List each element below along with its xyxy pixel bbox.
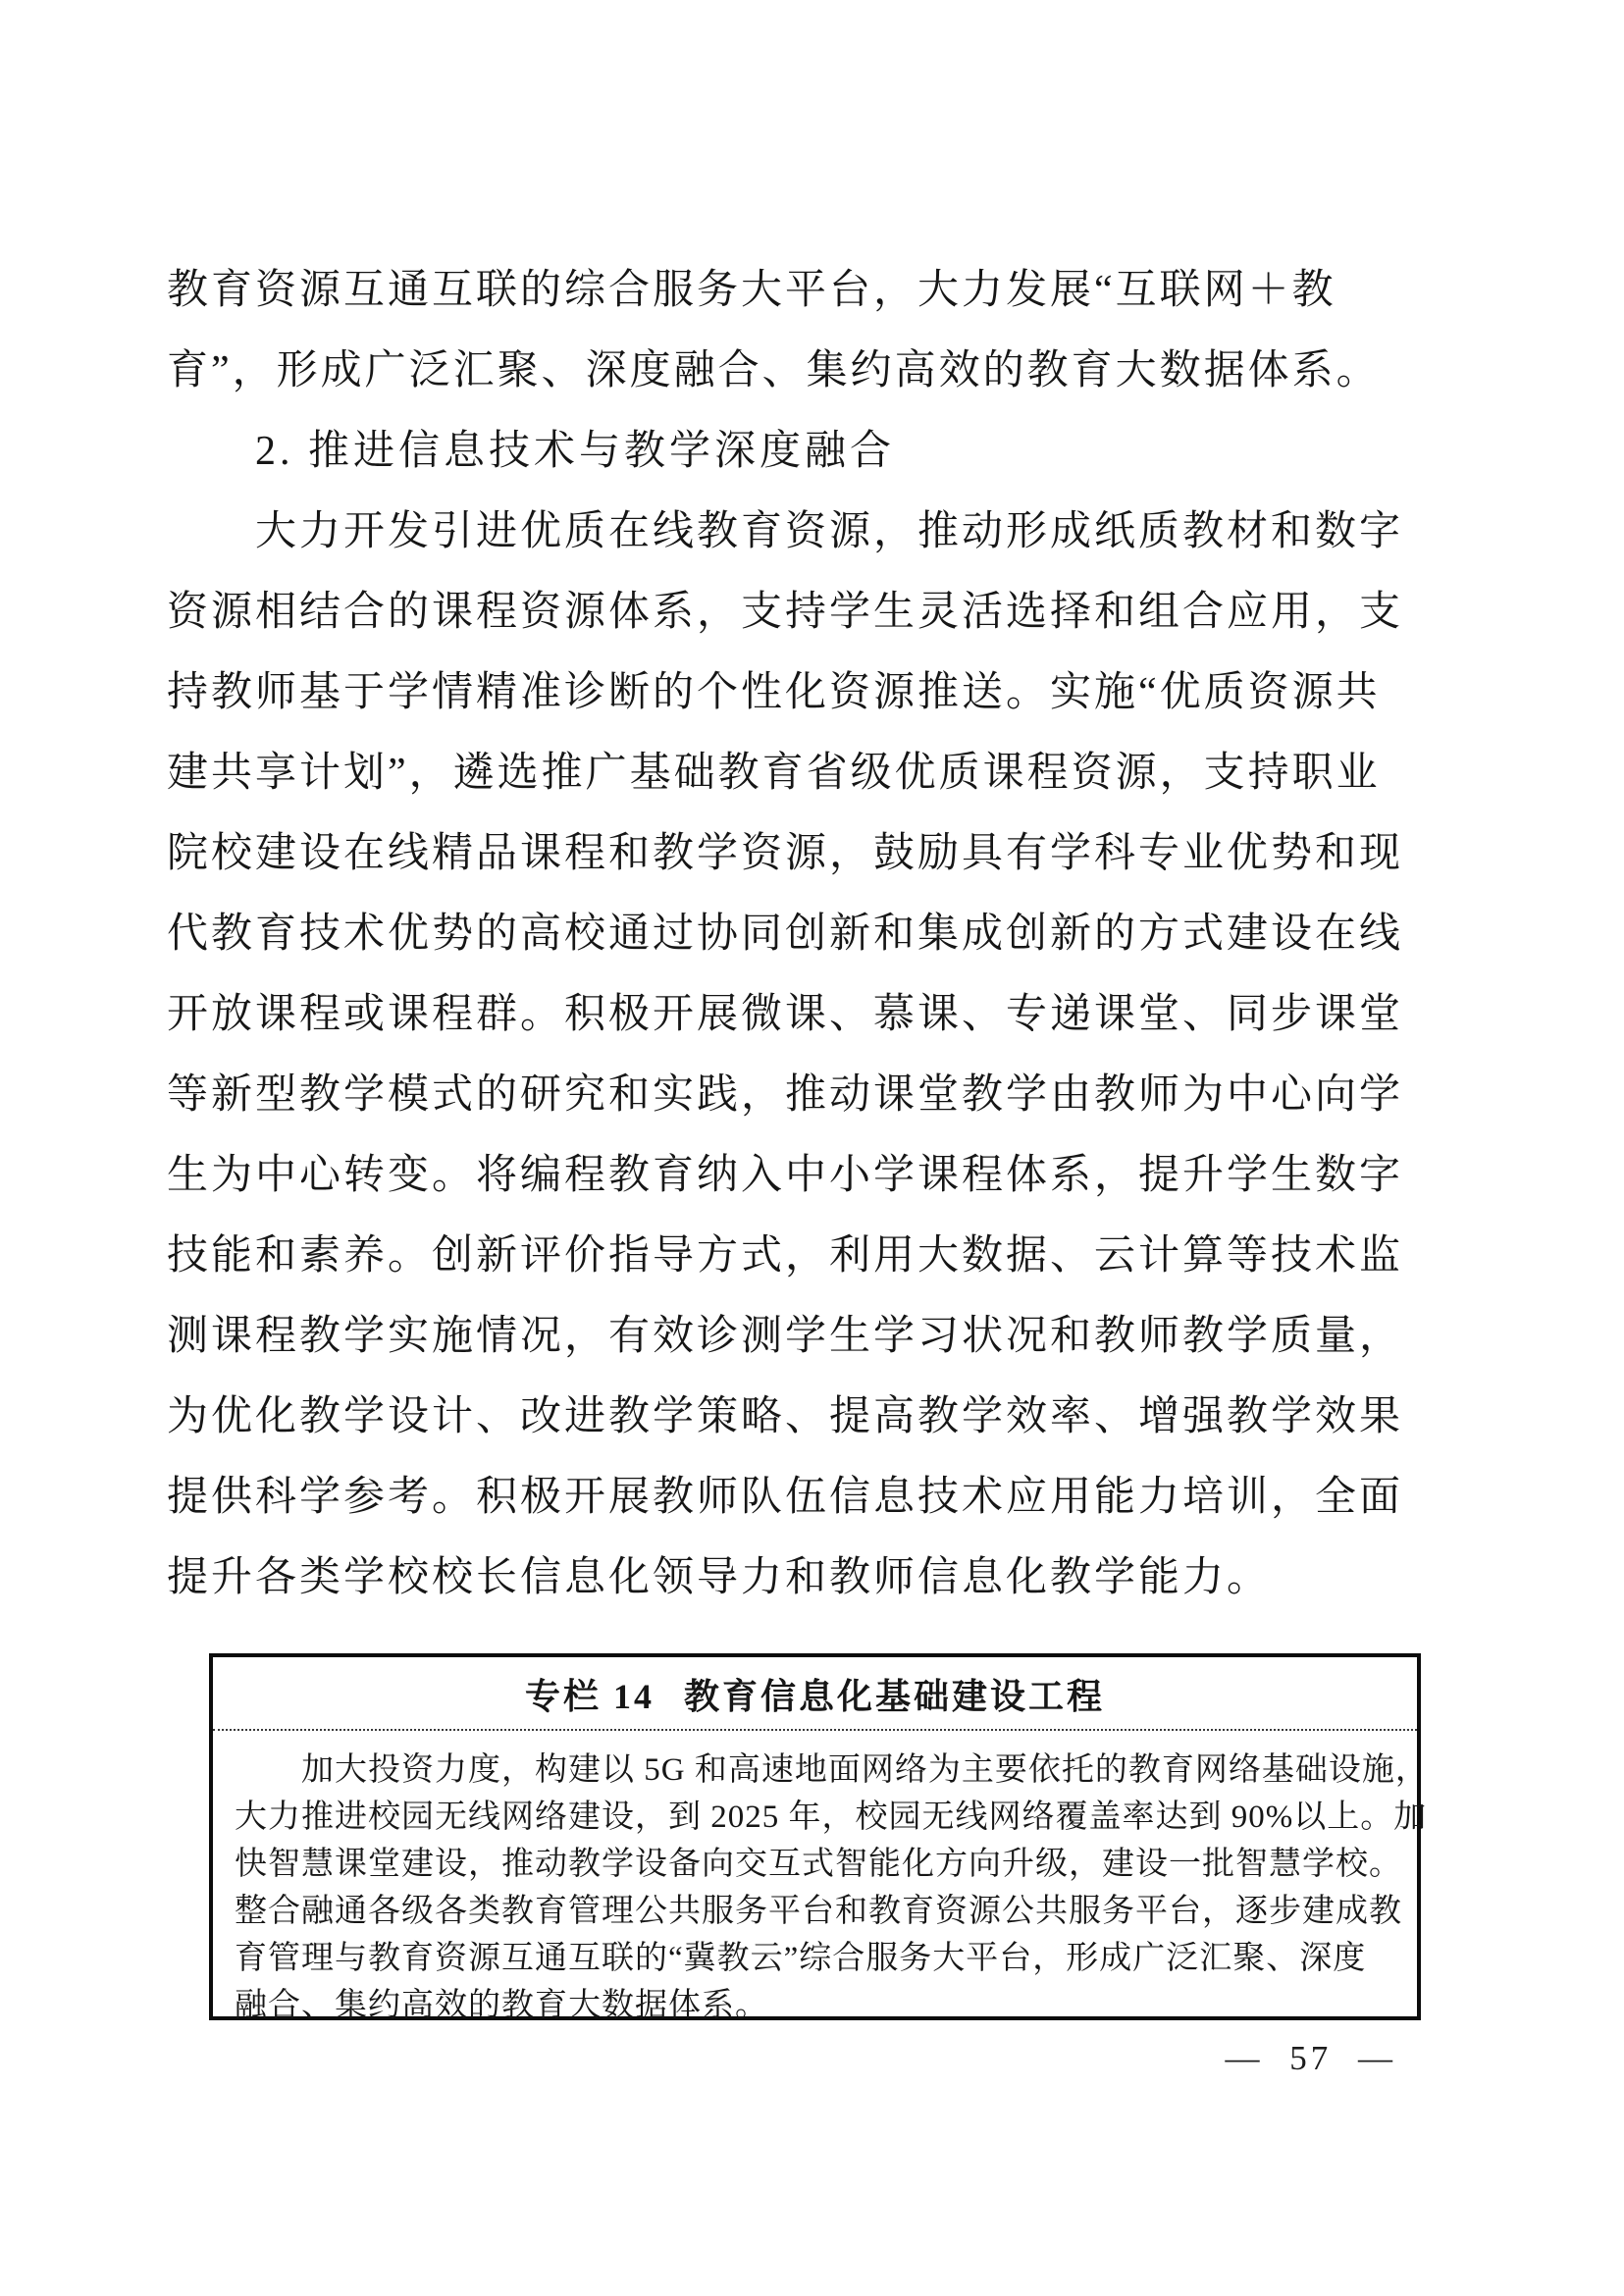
body-text-line: 2. 推进信息技术与教学深度融合 [167,411,1433,492]
callout-box-body: 加大投资力度，构建以 5G 和高速地面网络为主要依托的教育网络基础设施， 大力推… [213,1731,1417,2029]
body-text-line: 等新型教学模式的研究和实践，推动课堂教学由教师为中心向学 [167,1055,1433,1135]
body-text-line: 大力开发引进优质在线教育资源，推动形成纸质教材和数字 [167,492,1433,572]
callout-text-line: 大力推进校园无线网络建设，到 2025 年，校园无线网络覆盖率达到 90%以上。… [235,1794,1395,1841]
callout-text-line: 融合、集约高效的教育大数据体系。 [235,1982,1395,2029]
body-text-line: 育”，形成广泛汇聚、深度融合、集约高效的教育大数据体系。 [167,331,1433,411]
main-text-block: 教育资源互通互联的综合服务大平台，大力发展“互联网＋教 育”，形成广泛汇聚、深度… [167,250,1433,1618]
callout-box-label: 专栏 14 [525,1669,655,1719]
body-text-line: 提升各类学校校长信息化领导力和教师信息化教学能力。 [167,1538,1433,1618]
body-text-line: 教育资源互通互联的综合服务大平台，大力发展“互联网＋教 [167,250,1433,331]
callout-box-title: 教育信息化基础建设工程 [684,1669,1105,1719]
body-text-line: 开放课程或课程群。积极开展微课、慕课、专递课堂、同步课堂 [167,974,1433,1055]
body-text-line: 生为中心转变。将编程教育纳入中小学课程体系，提升学生数字 [167,1135,1433,1216]
body-text-line: 院校建设在线精品课程和教学资源，鼓励具有学科专业优势和现 [167,813,1433,894]
body-text-line: 测课程教学实施情况，有效诊测学生学习状况和教师教学质量， [167,1296,1433,1377]
body-text-line: 代教育技术优势的高校通过协同创新和集成创新的方式建设在线 [167,894,1433,974]
body-text-line: 资源相结合的课程资源体系，支持学生灵活选择和组合应用，支 [167,572,1433,652]
body-text-line: 建共享计划”，遴选推广基础教育省级优质课程资源，支持职业 [167,733,1433,813]
callout-text-line: 整合融通各级各类教育管理公共服务平台和教育资源公共服务平台，逐步建成教 [235,1888,1395,1935]
body-text-line: 提供科学参考。积极开展教师队伍信息技术应用能力培训，全面 [167,1457,1433,1538]
page-number: — 57 — [1226,2039,1397,2078]
document-page: 教育资源互通互联的综合服务大平台，大力发展“互联网＋教 育”，形成广泛汇聚、深度… [0,0,1624,2296]
callout-box: 专栏 14 教育信息化基础建设工程 加大投资力度，构建以 5G 和高速地面网络为… [209,1653,1421,2020]
callout-text-line: 快智慧课堂建设，推动教学设备向交互式智能化方向升级，建设一批智慧学校。 [235,1841,1395,1888]
callout-text-line: 加大投资力度，构建以 5G 和高速地面网络为主要依托的教育网络基础设施， [235,1747,1395,1794]
body-text-line: 技能和素养。创新评价指导方式，利用大数据、云计算等技术监 [167,1216,1433,1296]
callout-text-line: 育管理与教育资源互通互联的“冀教云”综合服务大平台，形成广泛汇聚、深度 [235,1935,1395,1982]
body-text-line: 持教师基于学情精准诊断的个性化资源推送。实施“优质资源共 [167,652,1433,733]
body-text-line: 为优化教学设计、改进教学策略、提高教学效率、增强教学效果 [167,1377,1433,1457]
callout-box-header: 专栏 14 教育信息化基础建设工程 [213,1657,1417,1731]
